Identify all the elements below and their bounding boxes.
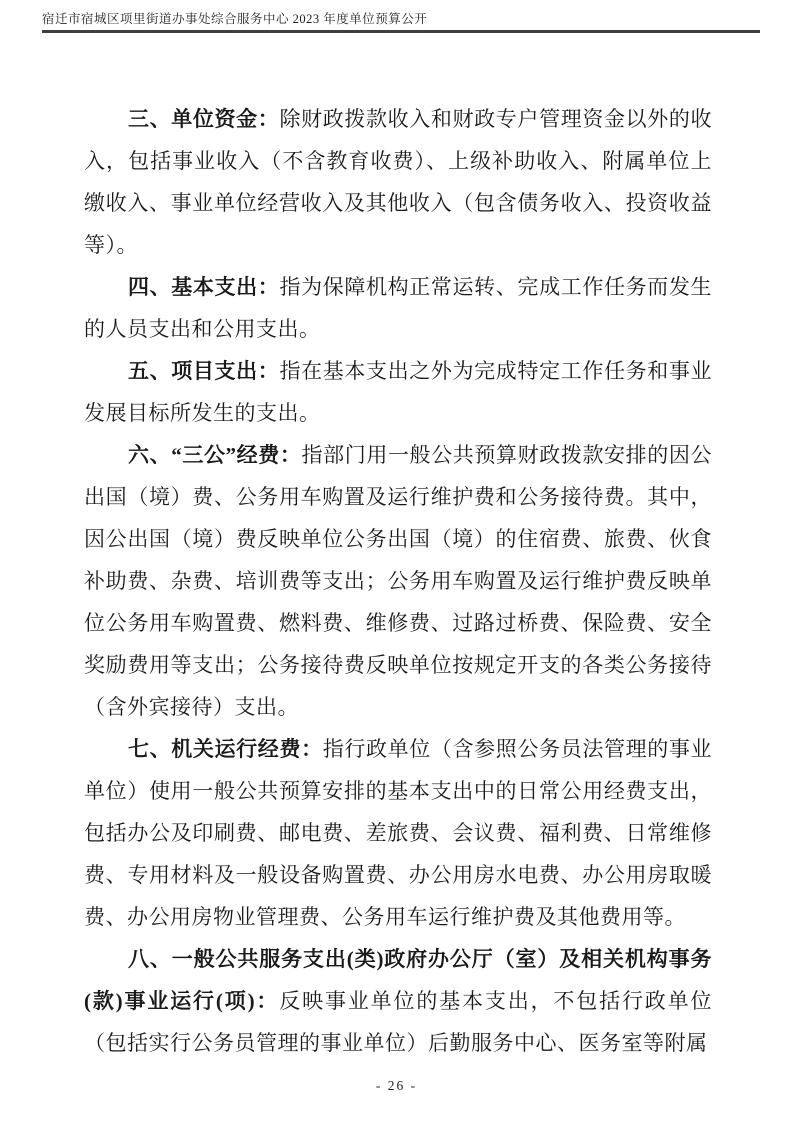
header-rule <box>42 30 760 33</box>
paragraph-project-expenditure: 五、项目支出：指在基本支出之外为完成特定工作任务和事业发展目标所发生的支出。 <box>84 350 712 434</box>
paragraph-unit-funds: 三、单位资金：除财政拨款收入和财政专户管理资金以外的收入，包括事业收入（不含教育… <box>84 98 712 266</box>
paragraph-lead: 五、项目支出： <box>128 359 279 383</box>
paragraph-text: 指部门用一般公共预算财政拨款安排的因公出国（境）费、公务用车购置及运行维护费和公… <box>84 443 712 719</box>
paragraph-basic-expenditure: 四、基本支出：指为保障机构正常运转、完成工作任务而发生的人员支出和公用支出。 <box>84 266 712 350</box>
page-number: - 26 - <box>376 1078 417 1093</box>
document-body: 三、单位资金：除财政拨款收入和财政专户管理资金以外的收入，包括事业收入（不含教育… <box>84 98 712 1064</box>
paragraph-lead: 四、基本支出： <box>128 275 279 299</box>
paragraph-lead: 六、“三公”经费： <box>128 443 302 467</box>
paragraph-lead: 三、单位资金： <box>128 107 279 131</box>
paragraph-text: 指行政单位（含参照公务员法管理的事业单位）使用一般公共预算安排的基本支出中的日常… <box>84 737 712 929</box>
paragraph-public-service-expenditure: 八、一般公共服务支出(类)政府办公厅（室）及相关机构事务(款)事业运行(项)：反… <box>84 938 712 1064</box>
header-title: 宿迁市宿城区项里街道办事处综合服务中心 2023 年度单位预算公开 <box>42 9 427 27</box>
paragraph-agency-operating-funds: 七、机关运行经费：指行政单位（含参照公务员法管理的事业单位）使用一般公共预算安排… <box>84 728 712 938</box>
page-footer: - 26 - <box>0 1078 793 1094</box>
paragraph-three-public-funds: 六、“三公”经费：指部门用一般公共预算财政拨款安排的因公出国（境）费、公务用车购… <box>84 434 712 728</box>
document-page: 宿迁市宿城区项里街道办事处综合服务中心 2023 年度单位预算公开 三、单位资金… <box>0 0 793 1122</box>
paragraph-lead: 七、机关运行经费： <box>128 737 323 761</box>
